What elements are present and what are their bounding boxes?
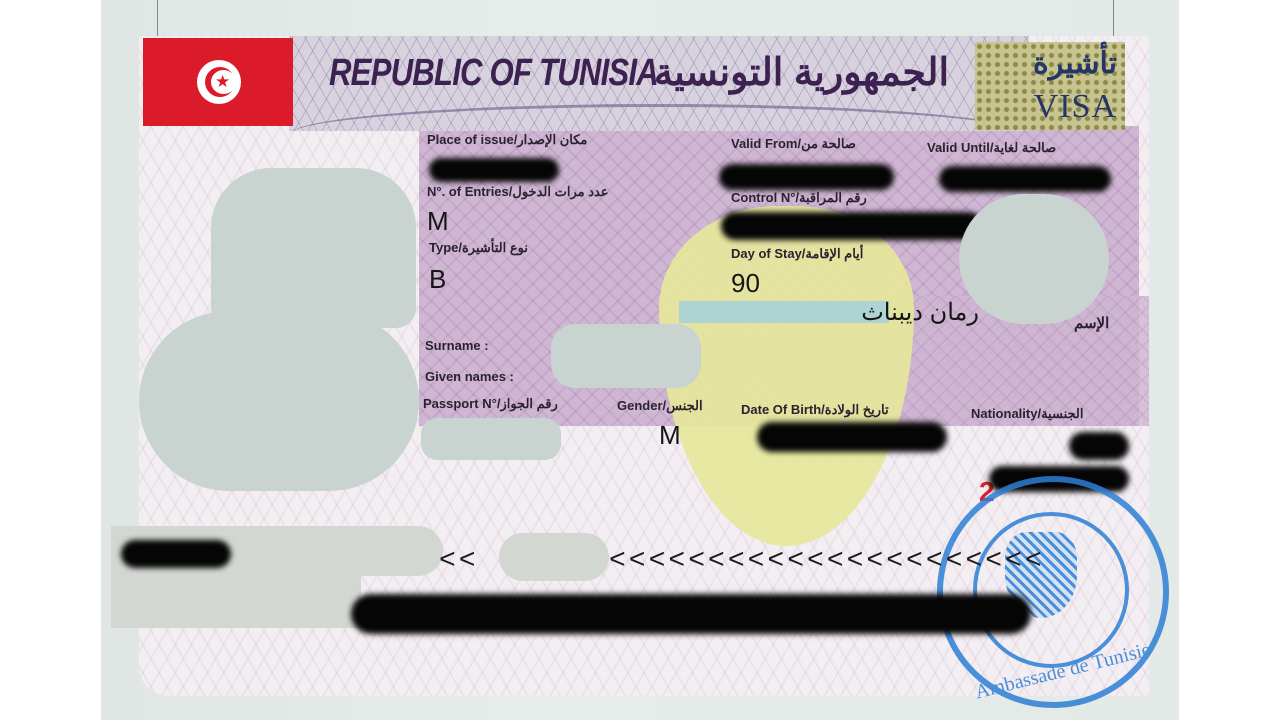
title-english: REPUBLIC OF TUNISIA <box>329 52 658 95</box>
photo-redaction <box>139 311 419 491</box>
entries-value: M <box>427 206 449 237</box>
name-arabic-value: رمان ديبناث <box>839 298 979 327</box>
mrz-line1-fill: << <box>439 546 479 577</box>
valid-from-label: Valid From/صالحة من <box>731 136 856 152</box>
visa-label-box: تأشيرة VISA <box>975 42 1125 130</box>
passport-no-redaction <box>421 418 561 460</box>
visa-sticker: ★ REPUBLIC OF TUNISIA الجمهورية التونسية… <box>139 36 1149 696</box>
passport-no-label: Passport N°/رقم الجواز <box>423 396 558 412</box>
valid-from-redaction <box>719 164 894 190</box>
mrz-line1-tail: <<<<<<<<<<<<<<<<<<<<<< <box>609 546 1045 577</box>
page-edge-line <box>1113 0 1114 40</box>
nationality-redaction <box>1069 432 1129 460</box>
place-of-issue-label: Place of issue/مكان الإصدار <box>427 132 587 148</box>
nationality-label: Nationality/الجنسية <box>971 406 1083 422</box>
control-no-label: Control N°/رقم المراقبة <box>731 190 867 206</box>
valid-until-redaction <box>939 166 1111 192</box>
type-label: Type/نوع التأشيرة <box>429 240 528 256</box>
gender-value: M <box>659 420 681 451</box>
ghost-photo-redaction <box>959 194 1109 324</box>
gender-label: Gender/الجنس <box>617 398 703 414</box>
name-redaction <box>551 324 701 388</box>
visa-label-english: VISA <box>1034 88 1117 126</box>
page-edge-line <box>157 0 158 40</box>
type-value: B <box>429 264 446 295</box>
mrz-given-redaction <box>499 533 609 581</box>
given-names-label: Given names : <box>425 369 514 384</box>
embassy-stamp: Ambassade de Tunisie <box>937 476 1169 708</box>
control-no-redaction <box>721 212 983 240</box>
visa-photo: ★ REPUBLIC OF TUNISIA الجمهورية التونسية… <box>101 0 1179 720</box>
date-of-birth-label: Date Of Birth/تاريخ الولادة <box>741 402 889 418</box>
mrz-line2-redaction <box>111 576 361 628</box>
photo-redaction <box>211 168 416 328</box>
valid-until-label: Valid Until/صالحة لغاية <box>927 140 1056 156</box>
tunisia-flag-icon: ★ <box>143 38 293 126</box>
mrz-name-redaction <box>121 540 231 568</box>
entries-label: N°. of Entries/عدد مرات الدخول <box>427 184 609 200</box>
visa-label-arabic: تأشيرة <box>1033 46 1117 81</box>
days-of-stay-value: 90 <box>731 268 760 299</box>
name-arabic-label: الإسم <box>1074 314 1109 332</box>
surname-label: Surname : <box>425 338 489 353</box>
mrz-line2-redaction <box>351 594 1031 634</box>
days-of-stay-label: Day of Stay/أيام الإقامة <box>731 246 863 262</box>
title-arabic: الجمهورية التونسية <box>649 50 949 95</box>
place-of-issue-redaction <box>429 158 559 182</box>
date-of-birth-redaction <box>757 422 947 452</box>
